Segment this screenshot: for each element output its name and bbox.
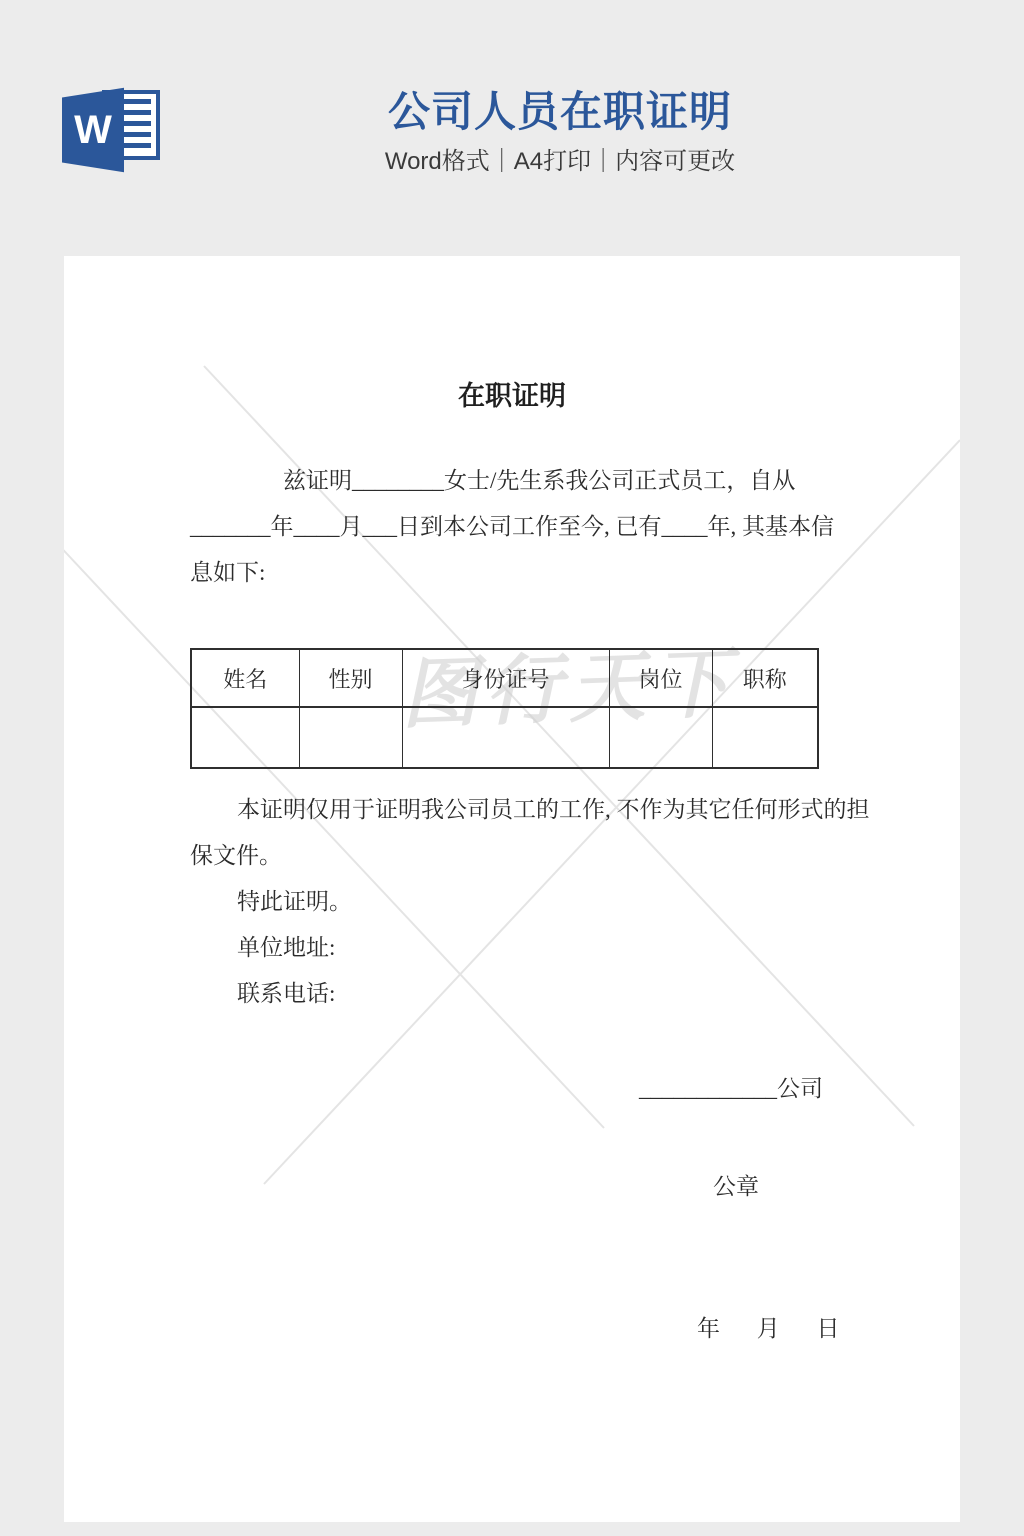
table-cell-job-title xyxy=(712,707,818,768)
word-icon-letter: W xyxy=(62,86,124,174)
intro-line-1: 兹证明________女士/先生系我公司正式员工，自从 xyxy=(190,458,850,504)
hereby-certify-line: 特此证明。 xyxy=(190,879,850,925)
table-header-name: 姓名 xyxy=(191,649,299,707)
table-header-gender: 性别 xyxy=(299,649,402,707)
intro-line-3: 息如下: xyxy=(190,550,850,596)
table-header-position: 岗位 xyxy=(609,649,712,707)
date-line: 年 月 日 xyxy=(697,1314,840,1344)
date-year-label: 年 xyxy=(697,1316,720,1341)
official-seal-label: 公章 xyxy=(713,1172,759,1202)
doc-title: 在职证明 xyxy=(64,374,960,413)
table-header-row: 姓名 性别 身份证号 岗位 职称 xyxy=(191,649,818,707)
table-cell-id-number xyxy=(402,707,609,768)
page-title: 公司人员在职证明 xyxy=(160,88,960,136)
header: 公司人员在职证明 Word格式｜A4打印｜内容可更改 xyxy=(160,88,960,176)
company-signature-line: ____________公司 xyxy=(639,1074,823,1104)
company-address-label: 单位地址: xyxy=(190,925,850,971)
intro-paragraph: 兹证明________女士/先生系我公司正式员工，自从 _______年____… xyxy=(190,458,850,596)
date-day-label: 日 xyxy=(817,1316,840,1341)
table-header-id-number: 身份证号 xyxy=(402,649,609,707)
table-cell-gender xyxy=(299,707,402,768)
table-header-job-title: 职称 xyxy=(712,649,818,707)
intro-line-2: _______年____月___日到本公司工作至今, 已有____年, 其基本信 xyxy=(190,504,850,550)
document-page: 图行天下 在职证明 兹证明________女士/先生系我公司正式员工，自从 __… xyxy=(64,256,960,1522)
table-cell-name xyxy=(191,707,299,768)
date-month-label: 月 xyxy=(757,1316,780,1341)
word-icon: W xyxy=(62,86,162,174)
employee-info-table: 姓名 性别 身份证号 岗位 职称 xyxy=(190,648,819,769)
canvas: { "colors": { "accent": "#2b579a", "canv… xyxy=(0,0,1024,1536)
closing-paragraph: 本证明仅用于证明我公司员工的工作, 不作为其它任何形式的担 保文件。 特此证明。… xyxy=(190,787,850,1017)
table-row xyxy=(191,707,818,768)
contact-phone-label: 联系电话: xyxy=(190,971,850,1017)
page-subtitle: Word格式｜A4打印｜内容可更改 xyxy=(160,148,960,176)
closing-line-2: 保文件。 xyxy=(190,833,850,879)
table-cell-position xyxy=(609,707,712,768)
closing-line-1: 本证明仅用于证明我公司员工的工作, 不作为其它任何形式的担 xyxy=(190,787,850,833)
